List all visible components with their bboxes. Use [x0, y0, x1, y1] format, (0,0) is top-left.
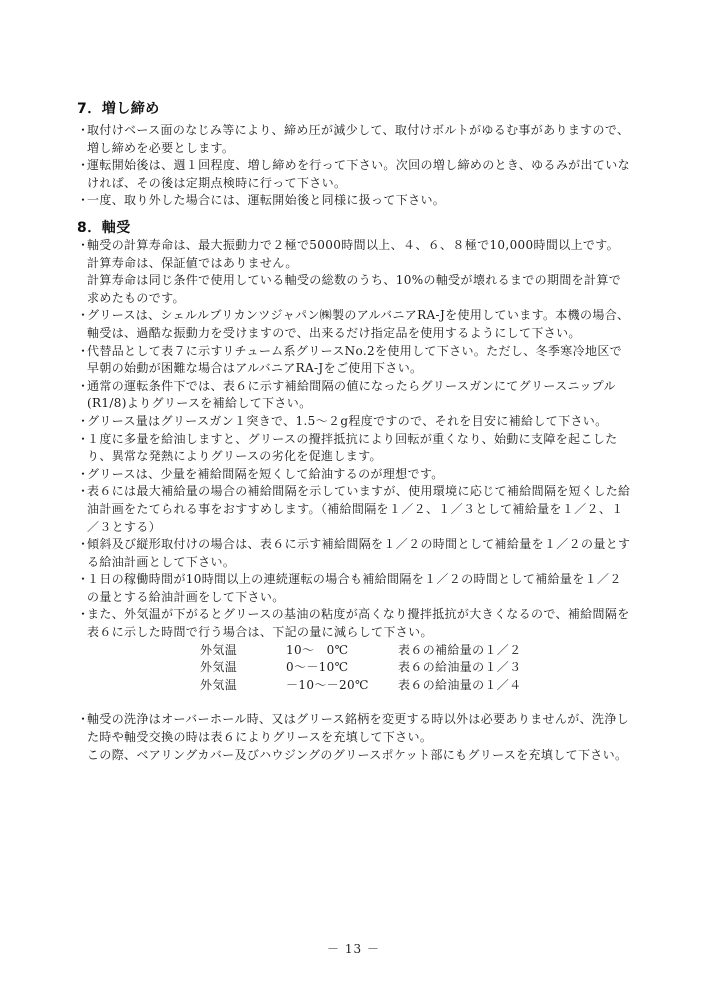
bullet: ・: [77, 413, 87, 431]
temp-range: －10～－20℃: [272, 677, 398, 695]
list-item: ・軸受の洗浄はオーバーホール時、又はグリース銘柄を変更する時以外は必要ありません…: [77, 711, 633, 746]
item-text: 取付けベース面のなじみ等により、締め圧が減少して、取付けボルトがゆるむ事がありま…: [87, 123, 629, 155]
item-text: 代替品として表７に示すリチューム系グリースNo.2を使用して下さい。ただし、冬季…: [87, 344, 622, 376]
temp-label: 外気温: [200, 642, 272, 660]
section-body-retightening: ・取付けベース面のなじみ等により、締め圧が減少して、取付けボルトがゆるむ事があり…: [77, 122, 633, 210]
grease-amount: 表６の給油量の１／４: [398, 677, 522, 695]
bullet: ・: [77, 307, 87, 325]
grease-amount: 表６の補給量の１／２: [398, 642, 522, 660]
item-text: グリースは、シェルルブリカンツジャパン㈱製のアルバニアRA-Jを使用しています。…: [87, 308, 629, 340]
bullet: ・: [77, 606, 87, 624]
list-item: ・運転開始後は、週１回程度、増し締めを行って下さい。次回の増し締めのとき、ゆるみ…: [77, 157, 633, 192]
table-row: 外気温 0～－10℃ 表６の給油量の１／３: [200, 659, 522, 677]
bullet: ・: [77, 431, 87, 449]
bullet: ・: [77, 466, 87, 484]
item-text: 軸受の洗浄はオーバーホール時、又はグリース銘柄を変更する時以外は必要ありませんが…: [87, 712, 629, 744]
item-text: 表６には最大補給量の場合の補給間隔を示していますが、使用環境に応じて補給間隔を短…: [87, 484, 630, 533]
temp-range: 10～ 0℃: [272, 642, 398, 660]
list-item: ・取付けベース面のなじみ等により、締め圧が減少して、取付けボルトがゆるむ事があり…: [77, 122, 633, 157]
bullet: ・: [77, 122, 87, 140]
temp-label: 外気温: [200, 659, 272, 677]
document-page: 7．増し締め ・取付けベース面のなじみ等により、締め圧が減少して、取付けボルトが…: [0, 0, 707, 1000]
bullet: ・: [77, 192, 87, 210]
item-text: 運転開始後は、週１回程度、増し締めを行って下さい。次回の増し締めのとき、ゆるみが…: [87, 158, 630, 190]
list-item: ・グリースは、シェルルブリカンツジャパン㈱製のアルバニアRA-Jを使用しています…: [77, 307, 633, 342]
bullet: ・: [77, 378, 87, 396]
bullet: ・: [77, 571, 87, 589]
bullet: ・: [77, 536, 87, 554]
list-item: ・代替品として表７に示すリチューム系グリースNo.2を使用して下さい。ただし、冬…: [77, 343, 633, 378]
item-text: 一度、取り外した場合には、運転開始後と同様に扱って下さい。: [87, 193, 445, 207]
list-item: ・また、外気温が下がるとグリースの基油の粘度が高くなり攪拌抵抗が大きくなるので、…: [77, 606, 633, 641]
list-item: ・傾斜及び縦形取付けの場合は、表６に示す補給間隔を１／２の時間として補給量を１／…: [77, 536, 633, 571]
table-row: 外気温 10～ 0℃ 表６の補給量の１／２: [200, 642, 522, 660]
list-item: ・一度、取り外した場合には、運転開始後と同様に扱って下さい。: [77, 192, 633, 210]
bullet: ・: [77, 237, 87, 255]
bullet: ・: [77, 711, 87, 729]
temp-label: 外気温: [200, 677, 272, 695]
grease-amount: 表６の給油量の１／３: [398, 659, 522, 677]
item-text: １度に多量を給油しますと、グリースの攪拌抵抗により回転が重くなり、始動に支障を起…: [87, 432, 617, 464]
item-text: １日の稼働時間が10時間以上の連続運転の場合も補給間隔を１／２の時間として補給量…: [87, 572, 622, 604]
list-item: ・グリース量はグリースガン１突きで、1.5～２g程度ですので、それを目安に補給し…: [77, 413, 633, 431]
list-item: ・グリースは、少量を補給間隔を短くして給油するのが理想です。: [77, 466, 633, 484]
list-item: ・１度に多量を給油しますと、グリースの攪拌抵抗により回転が重くなり、始動に支障を…: [77, 431, 633, 466]
item-text: 通常の運転条件下では、表６に示す補給間隔の値になったらグリースガンにてグリースニ…: [87, 379, 616, 411]
bullet: ・: [77, 343, 87, 361]
temp-range: 0～－10℃: [272, 659, 398, 677]
item-text: グリースは、少量を補給間隔を短くして給油するのが理想です。: [87, 467, 444, 481]
item-text: 傾斜及び縦形取付けの場合は、表６に示す補給間隔を１／２の時間として補給量を１／２…: [87, 537, 630, 569]
spacer: [77, 694, 633, 711]
list-item: ・表６には最大補給量の場合の補給間隔を示していますが、使用環境に応じて補給間隔を…: [77, 483, 633, 536]
item-text: グリース量はグリースガン１突きで、1.5～２g程度ですので、それを目安に補給して…: [87, 414, 608, 428]
item-text: 軸受の計算寿命は、最大振動力で２極で5000時間以上、４、６、８極で10,000…: [87, 238, 619, 252]
section-body-bearings: ・軸受の計算寿命は、最大振動力で２極で5000時間以上、４、６、８極で10,00…: [77, 237, 633, 764]
bullet: ・: [77, 483, 87, 501]
item-note: 計算寿命は、保証値ではありません。: [77, 255, 633, 273]
temperature-reduction-table: 外気温 10～ 0℃ 表６の補給量の１／２ 外気温 0～－10℃ 表６の給油量の…: [200, 642, 522, 695]
section-heading-retightening: 7．増し締め: [77, 98, 160, 118]
item-note: この際、ベアリングカバー及びハウジングのグリースポケット部にもグリースを充填して…: [77, 747, 633, 765]
page-number: － 13 －: [0, 940, 707, 957]
bullet: ・: [77, 157, 87, 175]
list-item: ・軸受の計算寿命は、最大振動力で２極で5000時間以上、４、６、８極で10,00…: [77, 237, 633, 255]
list-item: ・通常の運転条件下では、表６に示す補給間隔の値になったらグリースガンにてグリース…: [77, 378, 633, 413]
section-heading-bearings: 8．軸受: [77, 217, 131, 237]
list-item: ・１日の稼働時間が10時間以上の連続運転の場合も補給間隔を１／２の時間として補給…: [77, 571, 633, 606]
item-note: 計算寿命は同じ条件で使用している軸受の総数のうち、10%の軸受が壊れるまでの期間…: [77, 272, 633, 307]
item-text: また、外気温が下がるとグリースの基油の粘度が高くなり攪拌抵抗が大きくなるので、補…: [87, 607, 630, 639]
table-row: 外気温 －10～－20℃ 表６の給油量の１／４: [200, 677, 522, 695]
